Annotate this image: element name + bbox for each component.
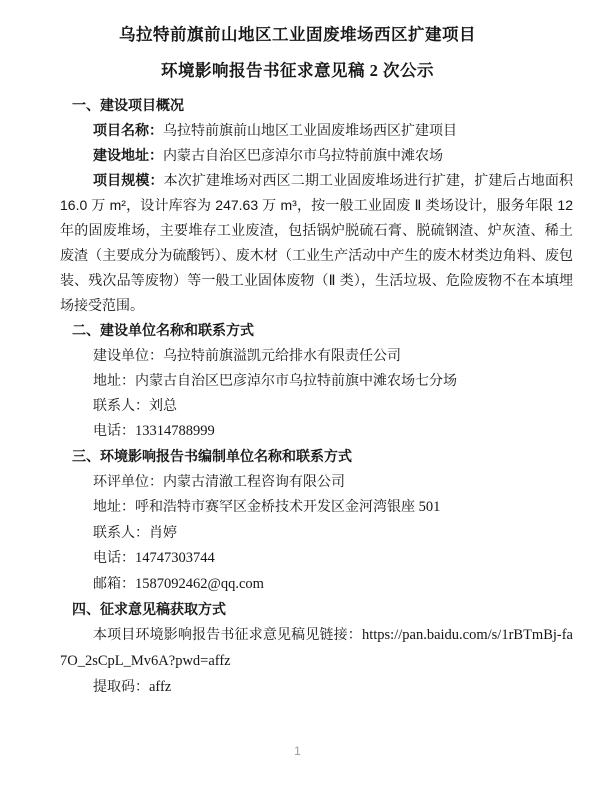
document-title-block: 乌拉特前旗前山地区工业固废堆场西区扩建项目 环境影响报告书征求意见稿 2 次公示 (22, 18, 573, 89)
field-label: 邮箱： (93, 575, 135, 591)
field-eia-phone: 电话：14747303744 (60, 545, 573, 571)
field-eia-contact-person: 联系人：肖婷 (60, 520, 573, 545)
field-contact-person: 联系人：刘总 (60, 393, 573, 418)
field-value: 1587092462@qq.com (135, 576, 264, 592)
field-label: 联系人： (93, 397, 149, 413)
field-value: 内蒙古清澈工程咨询有限公司 (163, 473, 345, 489)
field-value: affz (149, 679, 171, 695)
field-value: 14747303744 (135, 550, 215, 566)
field-value: 本次扩建堆场对西区二期工业固废堆场进行扩建，扩建后占地面积 16.0 万 m²，… (60, 172, 573, 313)
field-eia-email: 邮箱：1587092462@qq.com (60, 571, 573, 597)
field-label: 地址： (93, 372, 135, 388)
field-eia-address: 地址：呼和浩特市赛罕区金桥技术开发区金河湾银座 501 (60, 494, 573, 520)
document-body: 一、建设项目概况 项目名称：乌拉特前旗前山地区工业固废堆场西区扩建项目 建设地址… (60, 93, 573, 700)
field-eia-unit: 环评单位：内蒙古清澈工程咨询有限公司 (60, 469, 573, 494)
field-value: 13314788999 (135, 423, 215, 439)
field-label: 电话： (93, 422, 135, 438)
section-heading-1: 一、建设项目概况 (72, 93, 573, 118)
field-label: 建设地址： (93, 147, 163, 163)
field-label: 电话： (93, 549, 135, 565)
section-heading-4: 四、征求意见稿获取方式 (72, 597, 573, 622)
field-value: 乌拉特前旗前山地区工业固废堆场西区扩建项目 (163, 122, 457, 138)
field-project-name: 项目名称：乌拉特前旗前山地区工业固废堆场西区扩建项目 (60, 118, 573, 143)
page-number: 1 (0, 744, 595, 758)
document-page: 乌拉特前旗前山地区工业固废堆场西区扩建项目 环境影响报告书征求意见稿 2 次公示… (0, 0, 595, 801)
section-heading-3: 三、环境影响报告书编制单位名称和联系方式 (72, 444, 573, 469)
title-line2-right: 次公示 (383, 62, 434, 80)
field-label: 项目名称： (93, 122, 163, 138)
field-unit-address: 地址：内蒙古自治区巴彦淖尔市乌拉特前旗中滩农场七分场 (60, 368, 573, 393)
field-label: 建设单位： (93, 347, 163, 363)
link-intro-text: 本项目环境影响报告书征求意见稿见链接： (93, 626, 362, 642)
field-label: 地址： (93, 498, 135, 514)
title-line2-number: 2 (365, 61, 383, 80)
field-value: 内蒙古自治区巴彦淖尔市乌拉特前旗中滩农场七分场 (135, 372, 457, 388)
field-project-scale: 项目规模：本次扩建堆场对西区二期工业固废堆场进行扩建，扩建后占地面积 16.0 … (60, 168, 573, 318)
field-value: 肖婷 (149, 524, 177, 540)
field-phone: 电话：13314788999 (60, 418, 573, 444)
field-extraction-code: 提取码：affz (60, 674, 573, 700)
field-label: 联系人： (93, 524, 149, 540)
field-value: 刘总 (149, 397, 177, 413)
field-value: 内蒙古自治区巴彦淖尔市乌拉特前旗中滩农场 (163, 147, 443, 163)
paragraph-draft-link: 本项目环境影响报告书征求意见稿见链接：https://pan.baidu.com… (60, 622, 573, 674)
field-construction-unit: 建设单位：乌拉特前旗溢凯元给排水有限责任公司 (60, 343, 573, 368)
section-heading-2: 二、建设单位名称和联系方式 (72, 318, 573, 343)
field-label: 提取码： (93, 678, 149, 694)
title-line2-left: 环境影响报告书征求意见稿 (161, 62, 365, 80)
document-title-line2: 环境影响报告书征求意见稿 2 次公示 (22, 53, 573, 89)
field-label: 环评单位： (93, 473, 163, 489)
field-value: 乌拉特前旗溢凯元给排水有限责任公司 (163, 347, 401, 363)
document-title-line1: 乌拉特前旗前山地区工业固废堆场西区扩建项目 (22, 18, 573, 53)
field-value: 呼和浩特市赛罕区金桥技术开发区金河湾银座 (135, 498, 415, 514)
field-value-number: 501 (415, 499, 440, 515)
field-label: 项目规模： (93, 172, 164, 188)
field-project-address: 建设地址：内蒙古自治区巴彦淖尔市乌拉特前旗中滩农场 (60, 143, 573, 168)
